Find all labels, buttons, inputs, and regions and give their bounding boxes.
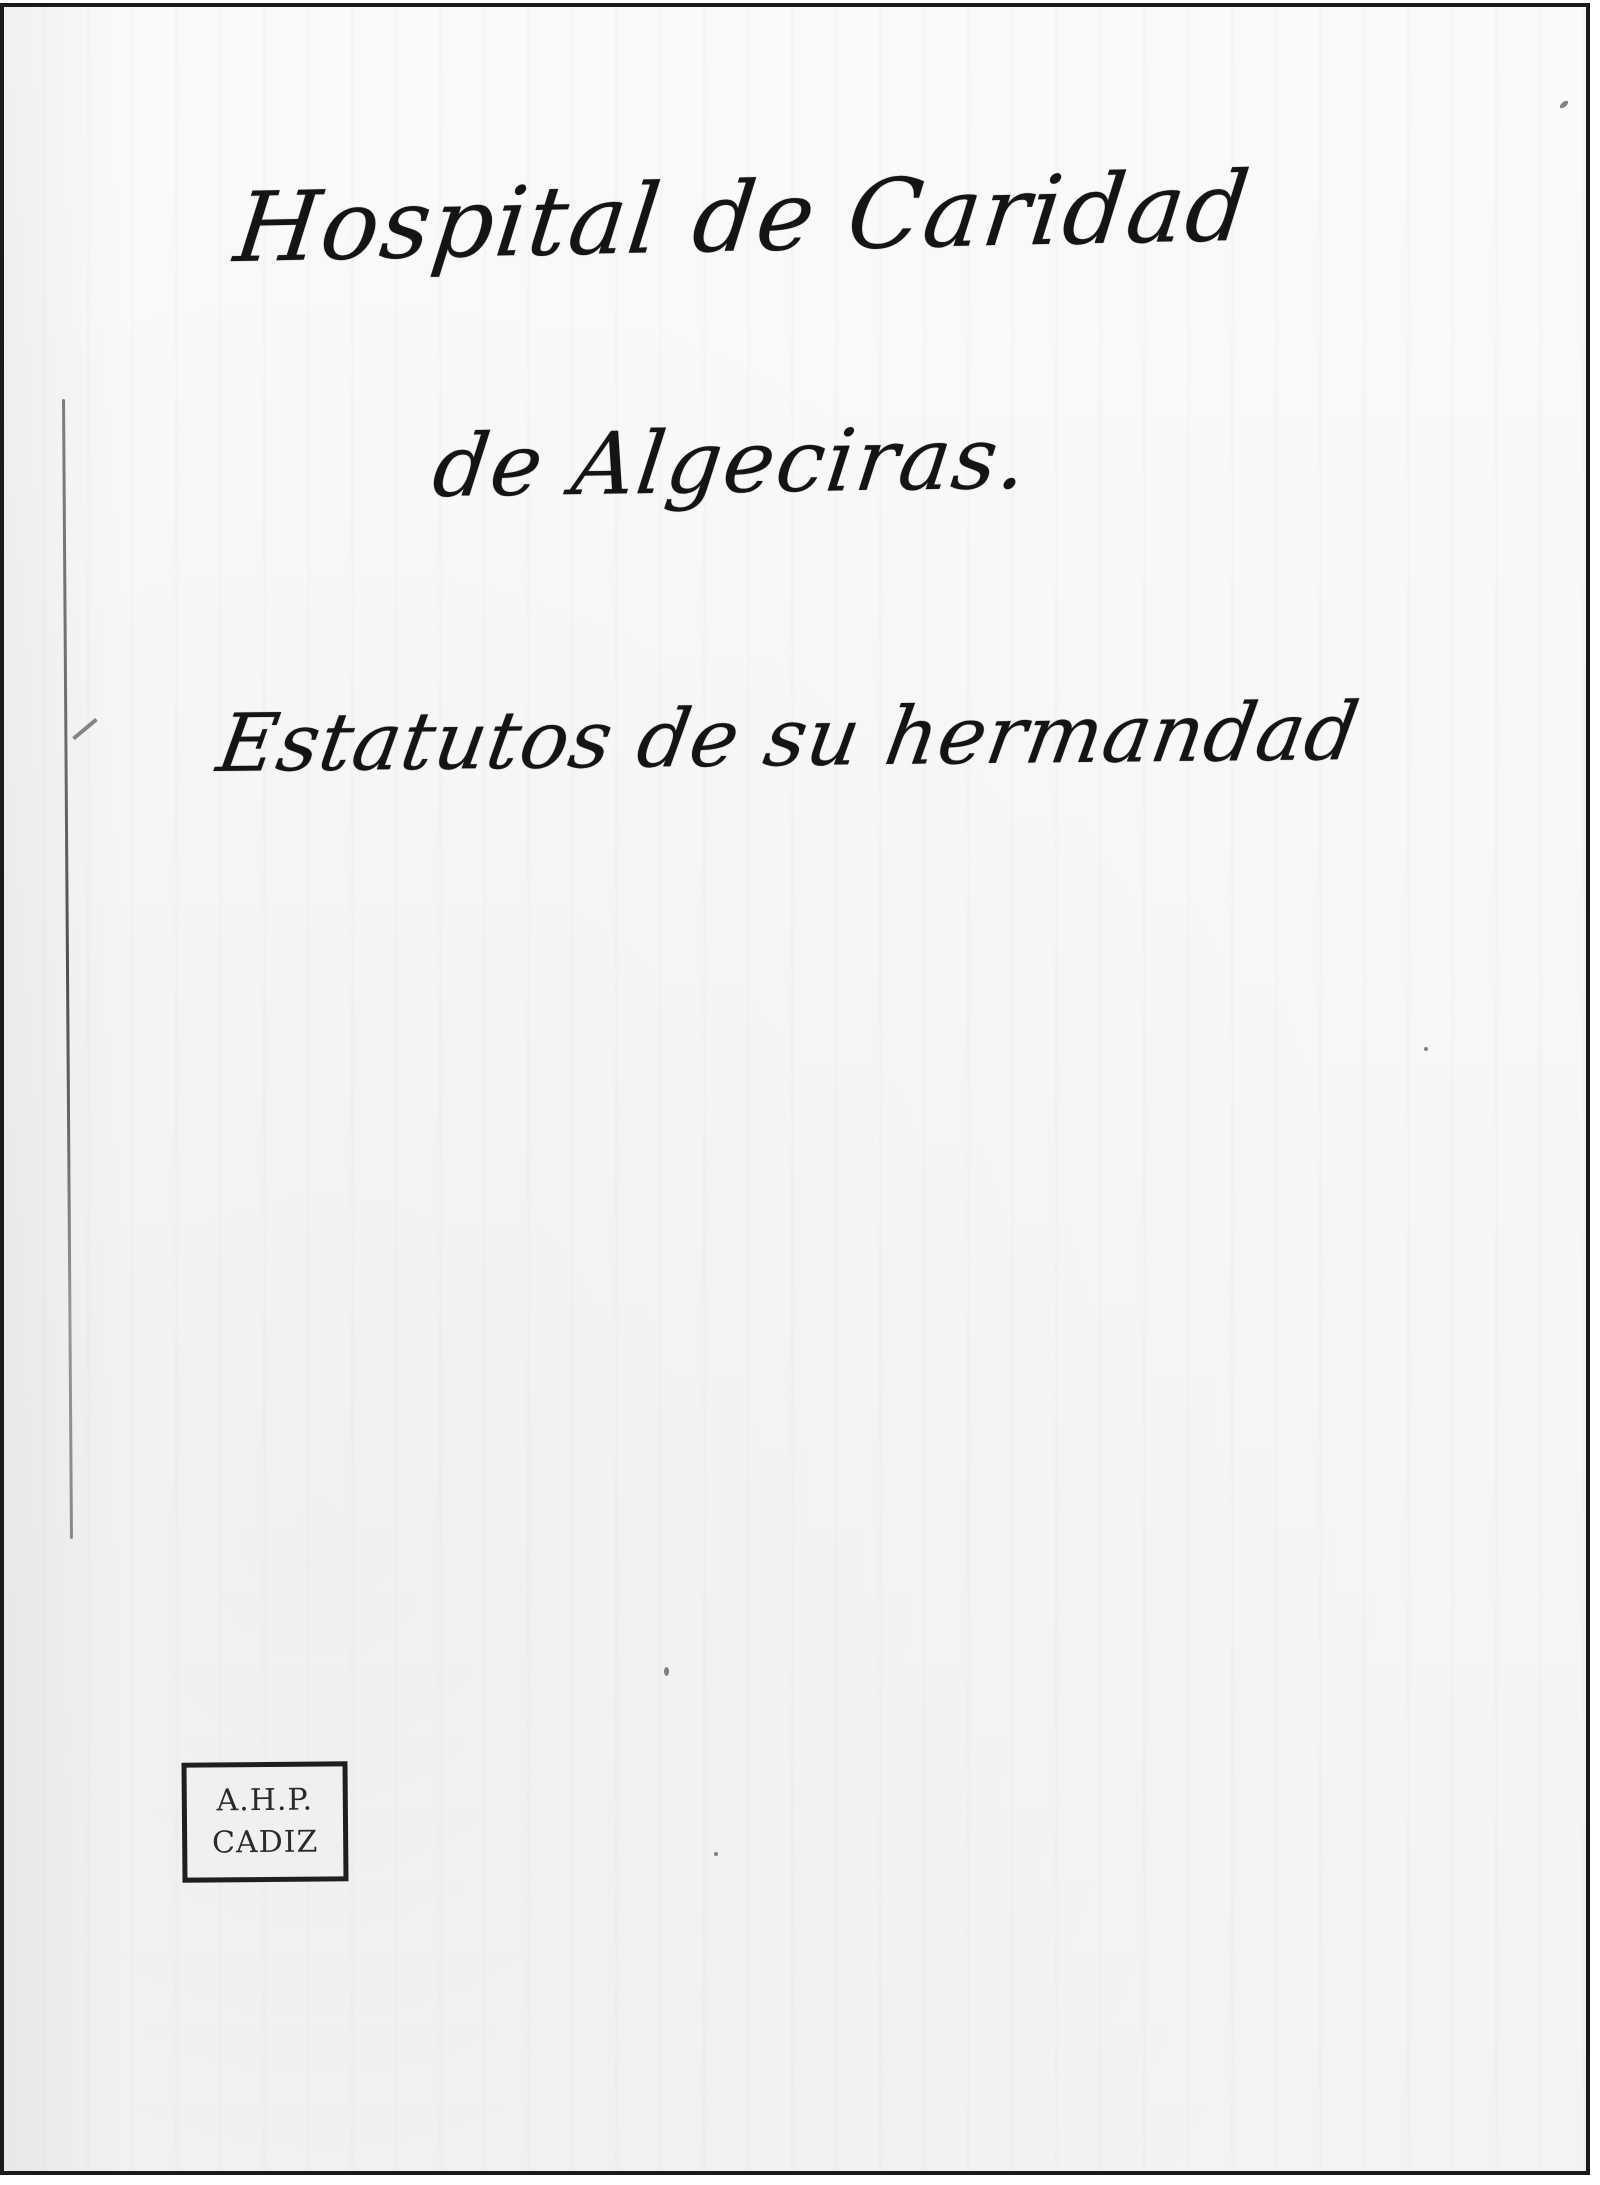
stamp-line-ahp: A.H.P. (216, 1780, 313, 1823)
pencil-margin-line (62, 399, 73, 1539)
ink-speck (664, 1667, 669, 1676)
pencil-margin-mark (72, 718, 98, 740)
ink-speck (1559, 99, 1570, 109)
archive-stamp: A.H.P. CADIZ (181, 1761, 348, 1882)
subtitle-line-statutes: Estatutos de su hermandad (211, 685, 1365, 790)
ink-speck (1424, 1047, 1428, 1051)
stamp-line-cadiz: CADIZ (212, 1822, 319, 1865)
title-line-hospital: Hospital de Caridad (229, 151, 1256, 285)
ink-speck (714, 1852, 718, 1856)
document-page: Hospital de Caridad de Algeciras. Estatu… (0, 3, 1590, 2175)
title-line-location: de Algeciras. (428, 409, 1035, 517)
